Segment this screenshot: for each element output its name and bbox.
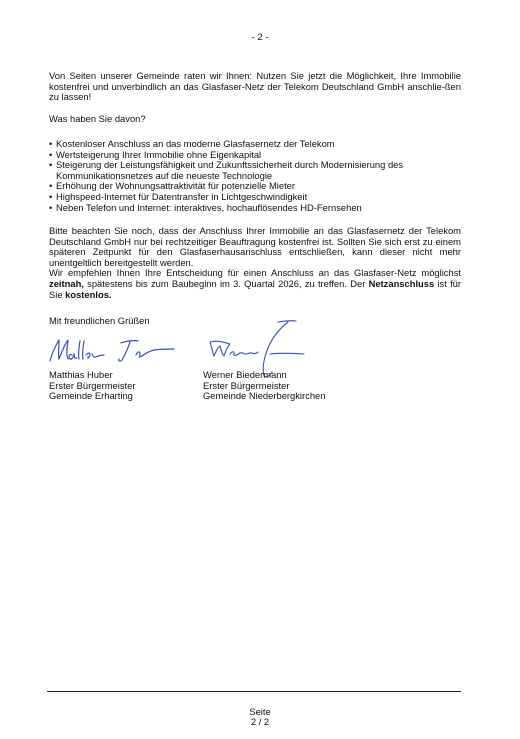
recommendation-part: Wir empfehlen Ihnen Ihre Entscheidung fü…	[49, 267, 461, 278]
page-marker: - 2 -	[0, 33, 520, 44]
benefit-item: Neben Telefon und Internet: interaktives…	[49, 203, 461, 214]
closing-greeting: Mit freundlichen Grüßen	[49, 316, 150, 327]
signatory-municipality: Gemeinde Erharting	[49, 391, 135, 402]
emphasis-netzanschluss: Netzanschluss	[369, 278, 435, 289]
intro-paragraph: Von Seiten unserer Gemeinde raten wir Ih…	[49, 71, 461, 103]
benefits-list: Kostenloser Anschluss an das moderne Gla…	[49, 139, 461, 213]
signatory-block-huber: Matthias Huber Erster Bürgermeister Geme…	[49, 370, 135, 402]
page-footer: Seite 2 / 2	[0, 707, 520, 728]
emphasis-kostenlos: kostenlos.	[65, 289, 111, 300]
footer-divider	[47, 691, 461, 692]
benefit-item: Kostenloser Anschluss an das moderne Gla…	[49, 139, 461, 150]
emphasis-zeitnah: zeitnah,	[49, 278, 84, 289]
signatory-block-biedermann: Werner Biedermann Erster Bürgermeister G…	[203, 370, 325, 402]
signature-huber	[46, 335, 181, 367]
question-heading: Was haben Sie davon?	[49, 114, 146, 125]
recommendation-part: spätestens bis zum Baubeginn im 3. Quart…	[84, 278, 369, 289]
benefit-item: Highspeed-Internet für Datentransfer in …	[49, 192, 461, 203]
notice-text: Bitte beachten Sie noch, dass der Anschl…	[49, 226, 461, 268]
signatory-name: Matthias Huber	[49, 370, 135, 381]
signatory-municipality: Gemeinde Niederbergkirchen	[203, 391, 325, 402]
recommendation-text: Wir empfehlen Ihnen Ihre Entscheidung fü…	[49, 268, 461, 300]
footer-page-number: 2 / 2	[0, 717, 520, 727]
benefit-item: Steigerung der Leistungsfähigkeit und Zu…	[49, 160, 461, 181]
notice-paragraph: Bitte beachten Sie noch, dass der Anschl…	[49, 226, 461, 300]
signatory-name: Werner Biedermann	[203, 370, 325, 381]
